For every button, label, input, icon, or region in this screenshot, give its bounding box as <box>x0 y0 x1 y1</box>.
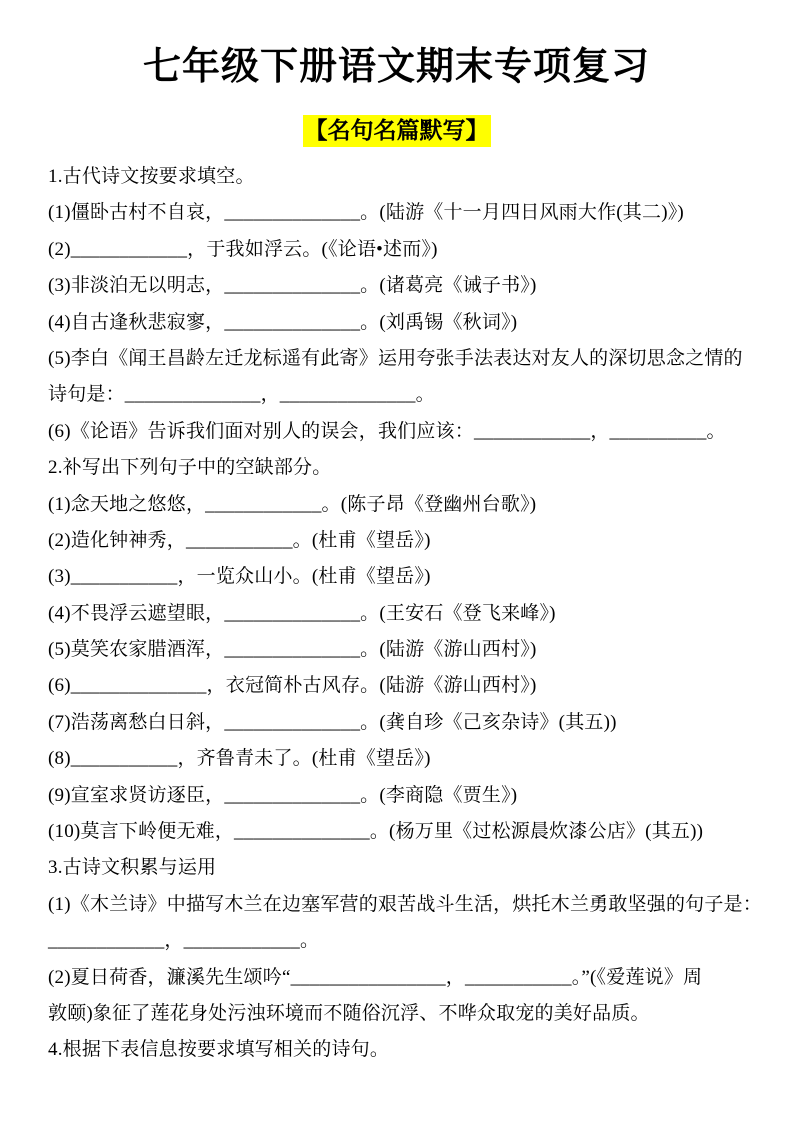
worksheet-page: 七年级下册语文期末专项复习 【名句名篇默写】 1.古代诗文按要求填空。(1)僵卧… <box>0 0 793 1122</box>
text-line-3: (2)____________，于我如浮云。(《论语•述而》) <box>48 232 757 268</box>
text-line-25: 4.根据下表信息按要求填写相关的诗句。 <box>48 1032 757 1068</box>
text-line-6: (5)李白《闻王昌龄左迁龙标遥有此寄》运用夸张手法表达对友人的深切思念之情的 <box>48 341 757 377</box>
text-line-9: 2.补写出下列句子中的空缺部分。 <box>48 450 757 486</box>
section-banner: 【名句名篇默写】 <box>303 115 491 147</box>
text-line-12: (3)___________，一览众山小。(杜甫《望岳》) <box>48 559 757 595</box>
document-body: 1.古代诗文按要求填空。(1)僵卧古村不自哀，______________。(陆… <box>0 159 793 1069</box>
text-line-10: (1)念天地之悠悠，____________。(陈子昂《登幽州台歌》) <box>48 487 757 523</box>
text-line-8: (6)《论语》告诉我们面对别人的误会，我们应该：____________，___… <box>48 414 757 450</box>
text-line-11: (2)造化钟神秀，___________。(杜甫《望岳》) <box>48 523 757 559</box>
text-line-16: (7)浩荡离愁白日斜，______________。(龚自珍《己亥杂诗》(其五)… <box>48 705 757 741</box>
page-title: 七年级下册语文期末专项复习 <box>0 0 793 89</box>
text-line-15: (6)______________，衣冠简朴古风存。(陆游《游山西村》) <box>48 668 757 704</box>
text-line-20: 3.古诗文积累与运用 <box>48 850 757 886</box>
text-line-24: 敦颐)象征了莲花身处污浊环境而不随俗沉浮、不哗众取宠的美好品质。 <box>48 996 757 1032</box>
text-line-23: (2)夏日荷香，濂溪先生颂吟“________________，________… <box>48 960 757 996</box>
text-line-14: (5)莫笑农家腊酒浑，______________。(陆游《游山西村》) <box>48 632 757 668</box>
text-line-21: (1)《木兰诗》中描写木兰在边塞军营的艰苦战斗生活，烘托木兰勇敢坚强的句子是： <box>48 887 757 923</box>
text-line-7: 诗句是：______________，______________。 <box>48 377 757 413</box>
text-line-5: (4)自古逢秋悲寂寥，______________。(刘禹锡《秋词》) <box>48 305 757 341</box>
text-line-1: 1.古代诗文按要求填空。 <box>48 159 757 195</box>
text-line-4: (3)非淡泊无以明志，______________。(诸葛亮《诫子书》) <box>48 268 757 304</box>
section-banner-row: 【名句名篇默写】 <box>0 115 793 150</box>
text-line-18: (9)宣室求贤访逐臣，______________。(李商隐《贾生》) <box>48 778 757 814</box>
text-line-19: (10)莫言下岭便无难，______________。(杨万里《过松源晨炊漆公店… <box>48 814 757 850</box>
text-line-13: (4)不畏浮云遮望眼，______________。(王安石《登飞来峰》) <box>48 596 757 632</box>
text-line-2: (1)僵卧古村不自哀，______________。(陆游《十一月四日风雨大作(… <box>48 195 757 231</box>
text-line-22: ____________，____________。 <box>48 923 757 959</box>
text-line-17: (8)___________，齐鲁青未了。(杜甫《望岳》) <box>48 741 757 777</box>
